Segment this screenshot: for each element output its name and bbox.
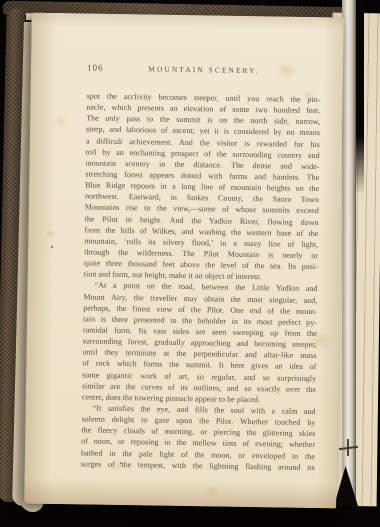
paper-speck bbox=[51, 246, 53, 248]
body-text: spot the acclivity becomes steeper, unti… bbox=[81, 90, 321, 472]
paper-speck bbox=[120, 462, 122, 464]
page-gap-shadow bbox=[356, 0, 364, 195]
page-number: 106 bbox=[87, 62, 104, 72]
page-header: 106 MOUNTAIN SCENERY. bbox=[87, 63, 321, 76]
running-header: MOUNTAIN SCENERY. bbox=[87, 63, 321, 76]
page-edge-ribbon bbox=[342, 0, 356, 506]
book-photo: 106 MOUNTAIN SCENERY. spot the acclivity… bbox=[0, 0, 380, 527]
book-page: 106 MOUNTAIN SCENERY. spot the acclivity… bbox=[24, 13, 344, 509]
